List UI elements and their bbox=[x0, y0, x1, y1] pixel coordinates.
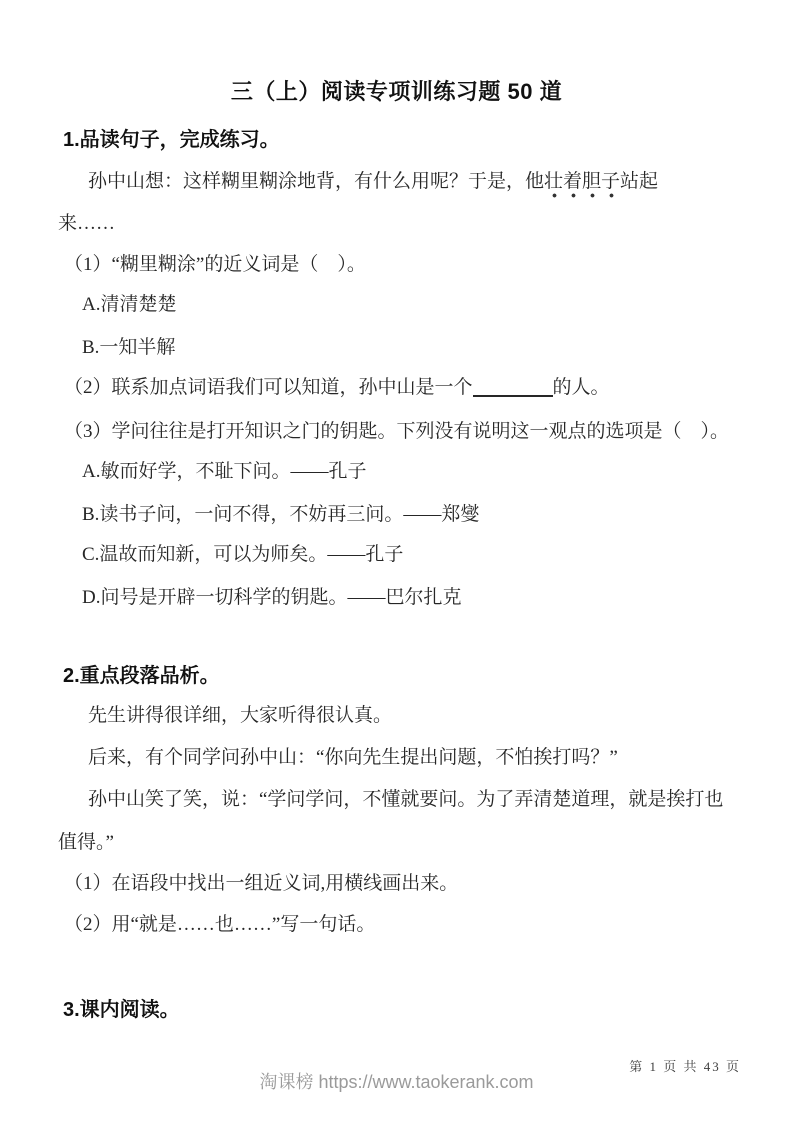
section-2-passage-line-1: 先生讲得很详细，大家听得很认真。 bbox=[88, 703, 392, 729]
section-1-passage-line-2: 来…… bbox=[58, 211, 115, 237]
section-2-question-2: （2）用“就是……也……”写一句话。 bbox=[64, 912, 375, 938]
section-1-passage-line-1: 孙中山想：这样糊里糊涂地背，有什么用呢？于是，他壮着胆子站起 bbox=[88, 169, 658, 195]
page-title: 三（上）阅读专项训练习题 50 道 bbox=[0, 77, 793, 107]
section-1-heading: 1.品读句子，完成练习。 bbox=[63, 127, 280, 153]
section-2-question-1: （1）在语段中找出一组近义词,用横线画出来。 bbox=[64, 871, 458, 897]
emphasized-words: 壮着胆子 bbox=[544, 171, 620, 198]
section-3-heading: 3.课内阅读。 bbox=[63, 997, 180, 1023]
passage-text: 孙中山想：这样糊里糊涂地背，有什么用呢？于是，他 bbox=[88, 171, 544, 192]
section-2-passage-line-3: 孙中山笑了笑，说：“学问学问，不懂就要问。为了弄清楚道理，就是挨打也 bbox=[88, 787, 723, 813]
section-2-heading: 2.重点段落品析。 bbox=[63, 663, 220, 689]
section-1-question-1: （1）“糊里糊涂”的近义词是（ ）。 bbox=[64, 252, 366, 278]
passage-text: 站起 bbox=[620, 171, 658, 192]
question-3-option-c: C.温故而知新，可以为师矣。——孔子 bbox=[82, 542, 403, 568]
question-text: （2）联系加点词语我们可以知道，孙中山是一个 bbox=[64, 377, 473, 398]
section-2-passage-line-4: 值得。” bbox=[58, 830, 114, 856]
section-2-passage-line-2: 后来，有个同学问孙中山：“你向先生提出问题，不怕挨打吗？” bbox=[88, 745, 618, 771]
question-1-option-a: A.清清楚楚 bbox=[82, 292, 176, 318]
question-3-option-d: D.问号是开辟一切科学的钥匙。——巴尔扎克 bbox=[82, 585, 461, 611]
question-3-option-a: A.敏而好学，不耻下问。——孔子 bbox=[82, 459, 366, 485]
footer-page-number: 第 1 页 共 43 页 bbox=[629, 1057, 741, 1077]
question-1-option-b: B.一知半解 bbox=[82, 335, 175, 361]
question-text: 的人。 bbox=[553, 377, 610, 398]
answer-blank bbox=[473, 379, 553, 397]
question-3-option-b: B.读书子问，一问不得，不妨再三问。——郑燮 bbox=[82, 502, 479, 528]
document-page: 三（上）阅读专项训练习题 50 道 1.品读句子，完成练习。 孙中山想：这样糊里… bbox=[0, 0, 793, 1122]
section-1-question-2: （2）联系加点词语我们可以知道，孙中山是一个的人。 bbox=[64, 375, 610, 401]
section-1-question-3: （3）学问往往是打开知识之门的钥匙。下列没有说明这一观点的选项是（ ）。 bbox=[64, 419, 729, 445]
